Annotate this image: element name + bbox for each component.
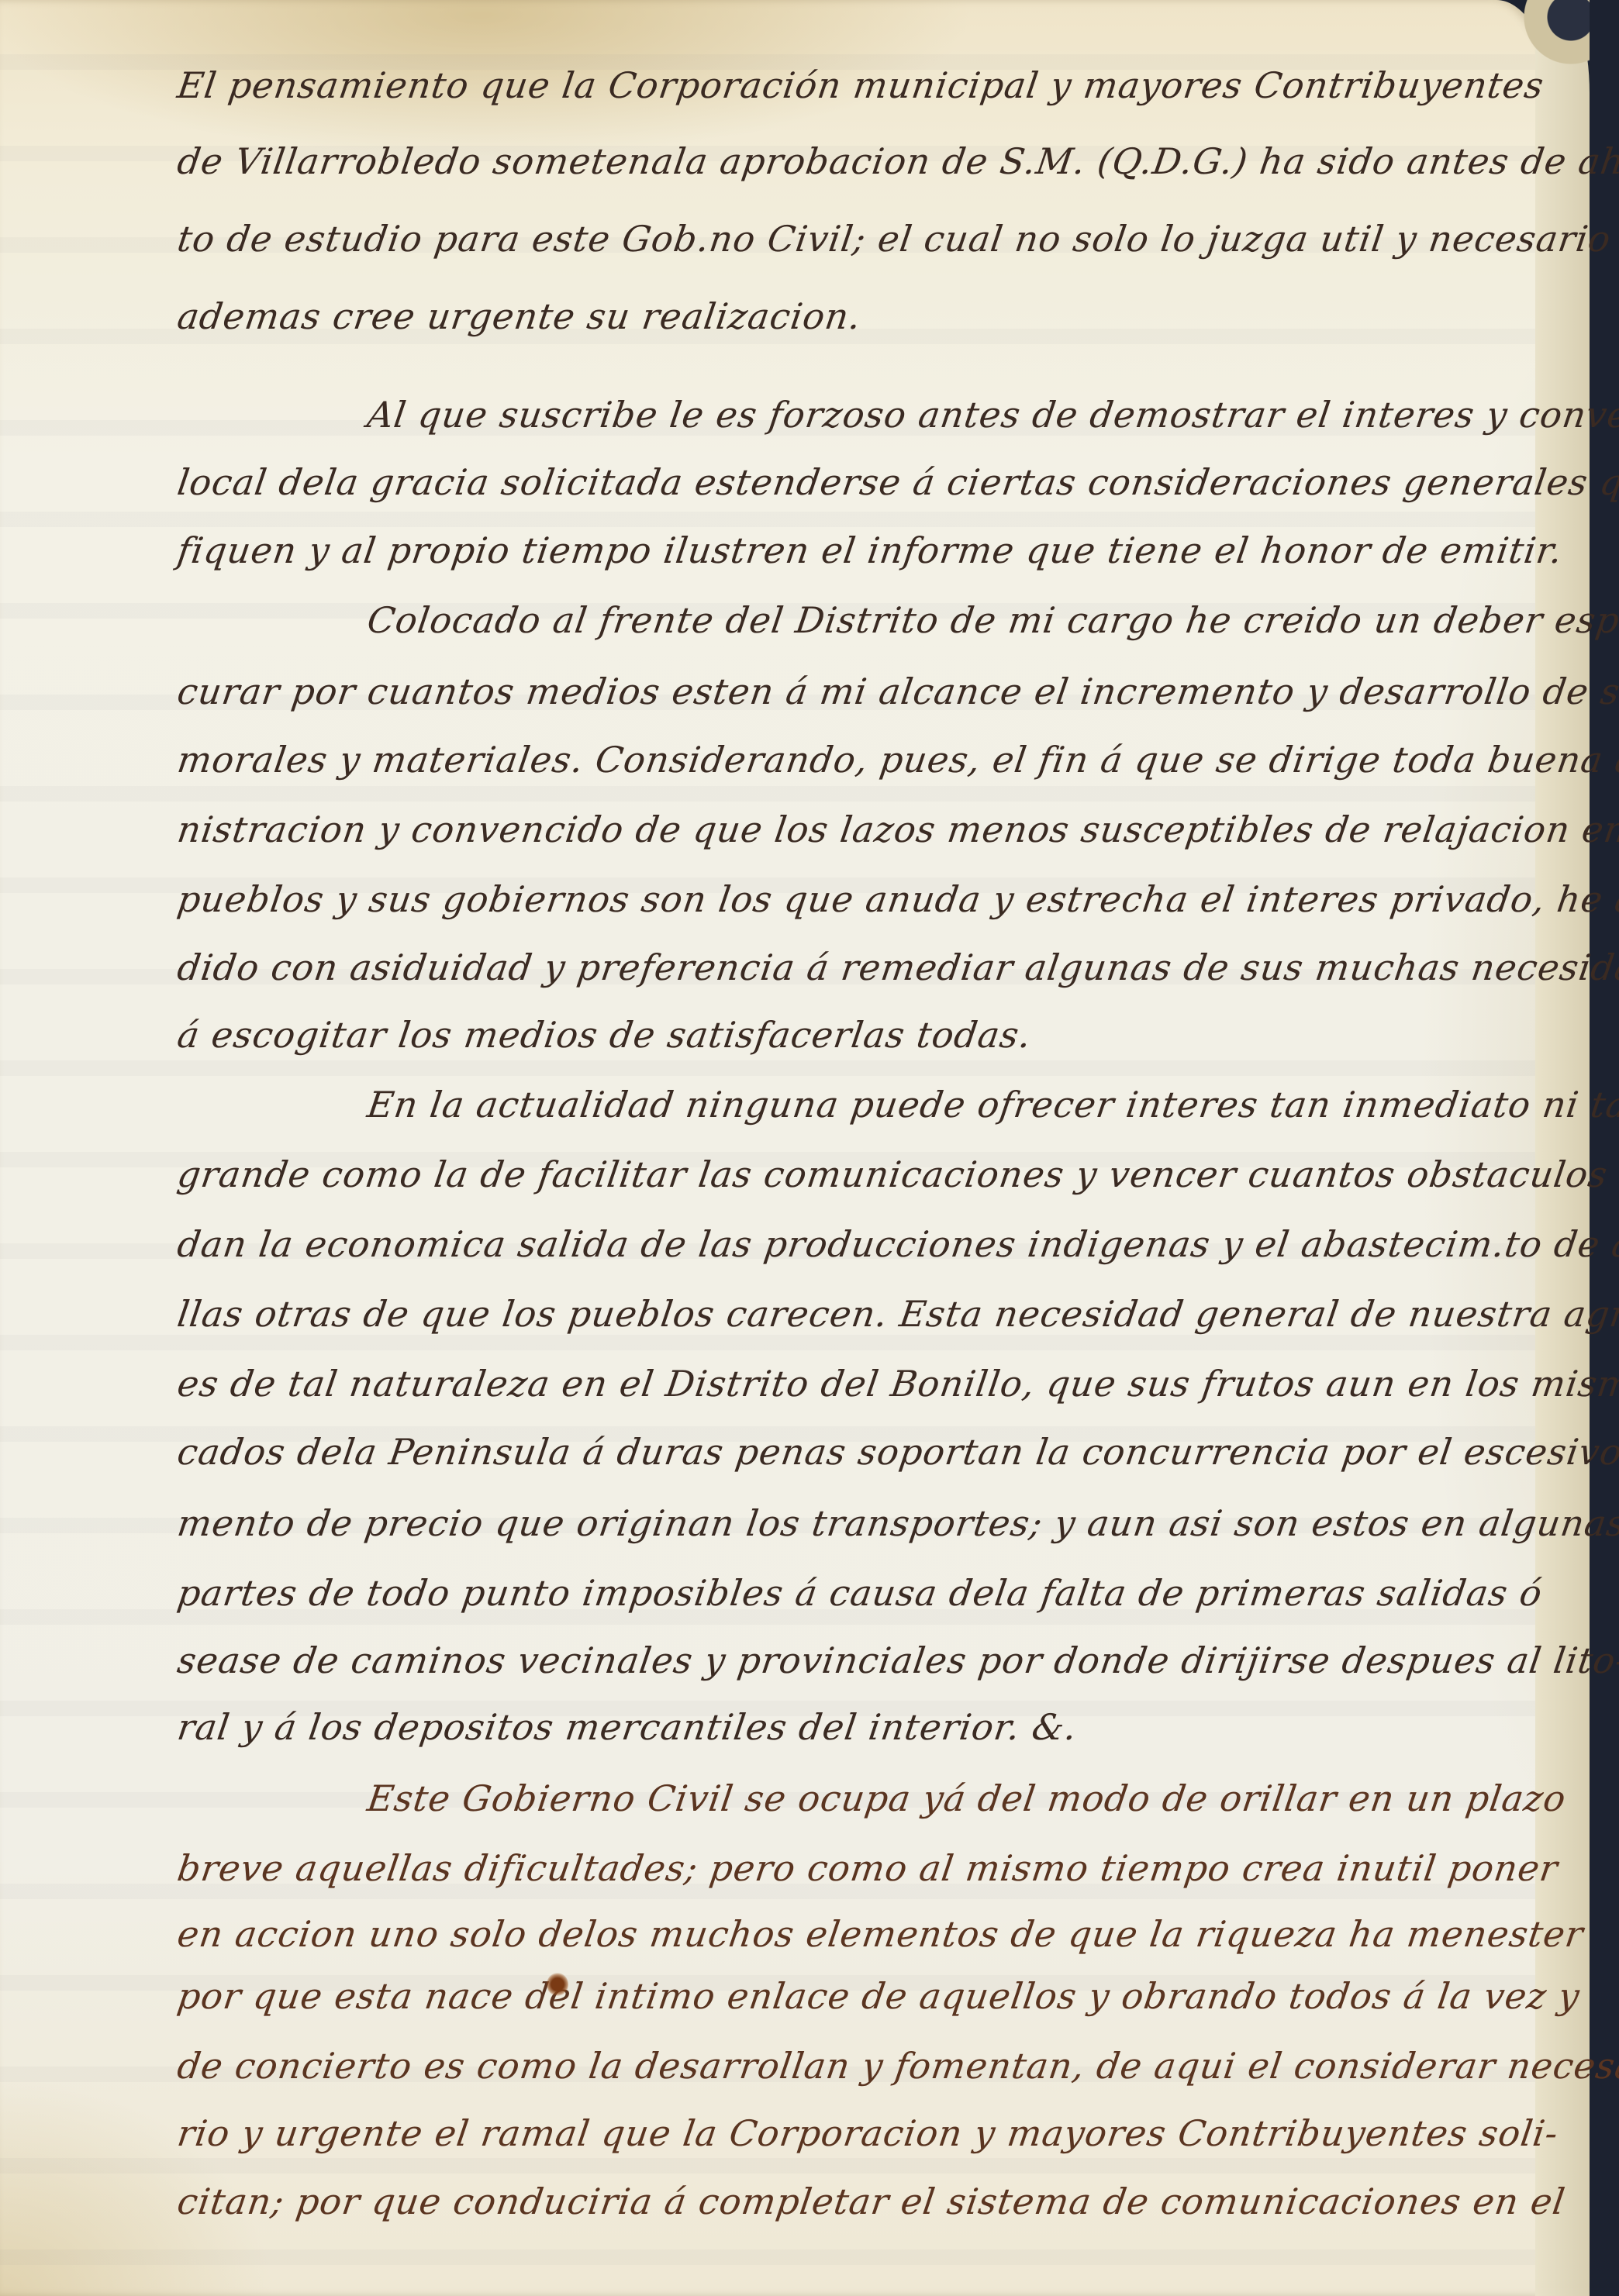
text-line: morales y materiales. Considerando, pues… — [174, 736, 1592, 783]
text-line: curar por cuantos medios esten á mi alca… — [174, 668, 1592, 715]
text-line: local dela gracia solicitada estenderse … — [174, 459, 1592, 505]
text-line: grande como la de facilitar las comunica… — [174, 1151, 1592, 1198]
text-line: dan la economica salida de las produccio… — [174, 1221, 1592, 1267]
text-line: por que esta nace del intimo enlace de a… — [174, 1973, 1592, 2019]
text-line: á escogitar los medios de satisfacerlas … — [174, 1012, 1592, 1058]
text-line: partes de todo punto imposibles á causa … — [174, 1570, 1592, 1616]
text-line: ademas cree urgente su realizacion. — [174, 293, 1592, 340]
text-line: de concierto es como la desarrollan y fo… — [174, 2043, 1592, 2089]
text-line: Al que suscribe le es forzoso antes de d… — [364, 391, 1619, 438]
text-line: nistracion y convencido de que los lazos… — [174, 806, 1592, 853]
text-line: en accion uno solo delos muchos elemento… — [174, 1911, 1592, 1957]
text-line: llas otras de que los pueblos carecen. E… — [174, 1291, 1592, 1337]
text-line: fiquen y al propio tiempo ilustren el in… — [174, 527, 1592, 574]
text-line: sease de caminos vecinales y provinciale… — [174, 1637, 1592, 1684]
text-line: Colocado al frente del Distrito de mi ca… — [364, 597, 1619, 643]
text-line: de Villarrobledo sometenala aprobacion d… — [174, 138, 1592, 184]
text-line: El pensamiento que la Corporación munici… — [174, 62, 1592, 109]
manuscript-page: El pensamiento que la Corporación munici… — [0, 0, 1590, 2296]
ink-stain — [547, 1973, 568, 1996]
text-line: rio y urgente el ramal que la Corporacio… — [174, 2110, 1592, 2156]
text-line: es de tal naturaleza en el Distrito del … — [174, 1360, 1592, 1407]
manuscript-text: El pensamiento que la Corporación munici… — [0, 0, 1590, 2296]
text-line: breve aquellas dificultades; pero como a… — [174, 1845, 1592, 1891]
text-line: pueblos y sus gobiernos son los que anud… — [174, 876, 1592, 922]
text-line: dido con asiduidad y preferencia á remed… — [174, 944, 1592, 991]
text-line: citan; por que conduciria á completar el… — [174, 2178, 1592, 2225]
text-line: Este Gobierno Civil se ocupa yá del modo… — [364, 1775, 1619, 1822]
text-line: to de estudio para este Gob.no Civil; el… — [174, 215, 1592, 262]
text-line: mento de precio que originan los transpo… — [174, 1500, 1592, 1546]
text-line: ral y á los depositos mercantiles del in… — [174, 1704, 1592, 1750]
text-line: En la actualidad ninguna puede ofrecer i… — [364, 1081, 1619, 1128]
text-line: cados dela Peninsula á duras penas sopor… — [174, 1429, 1592, 1475]
